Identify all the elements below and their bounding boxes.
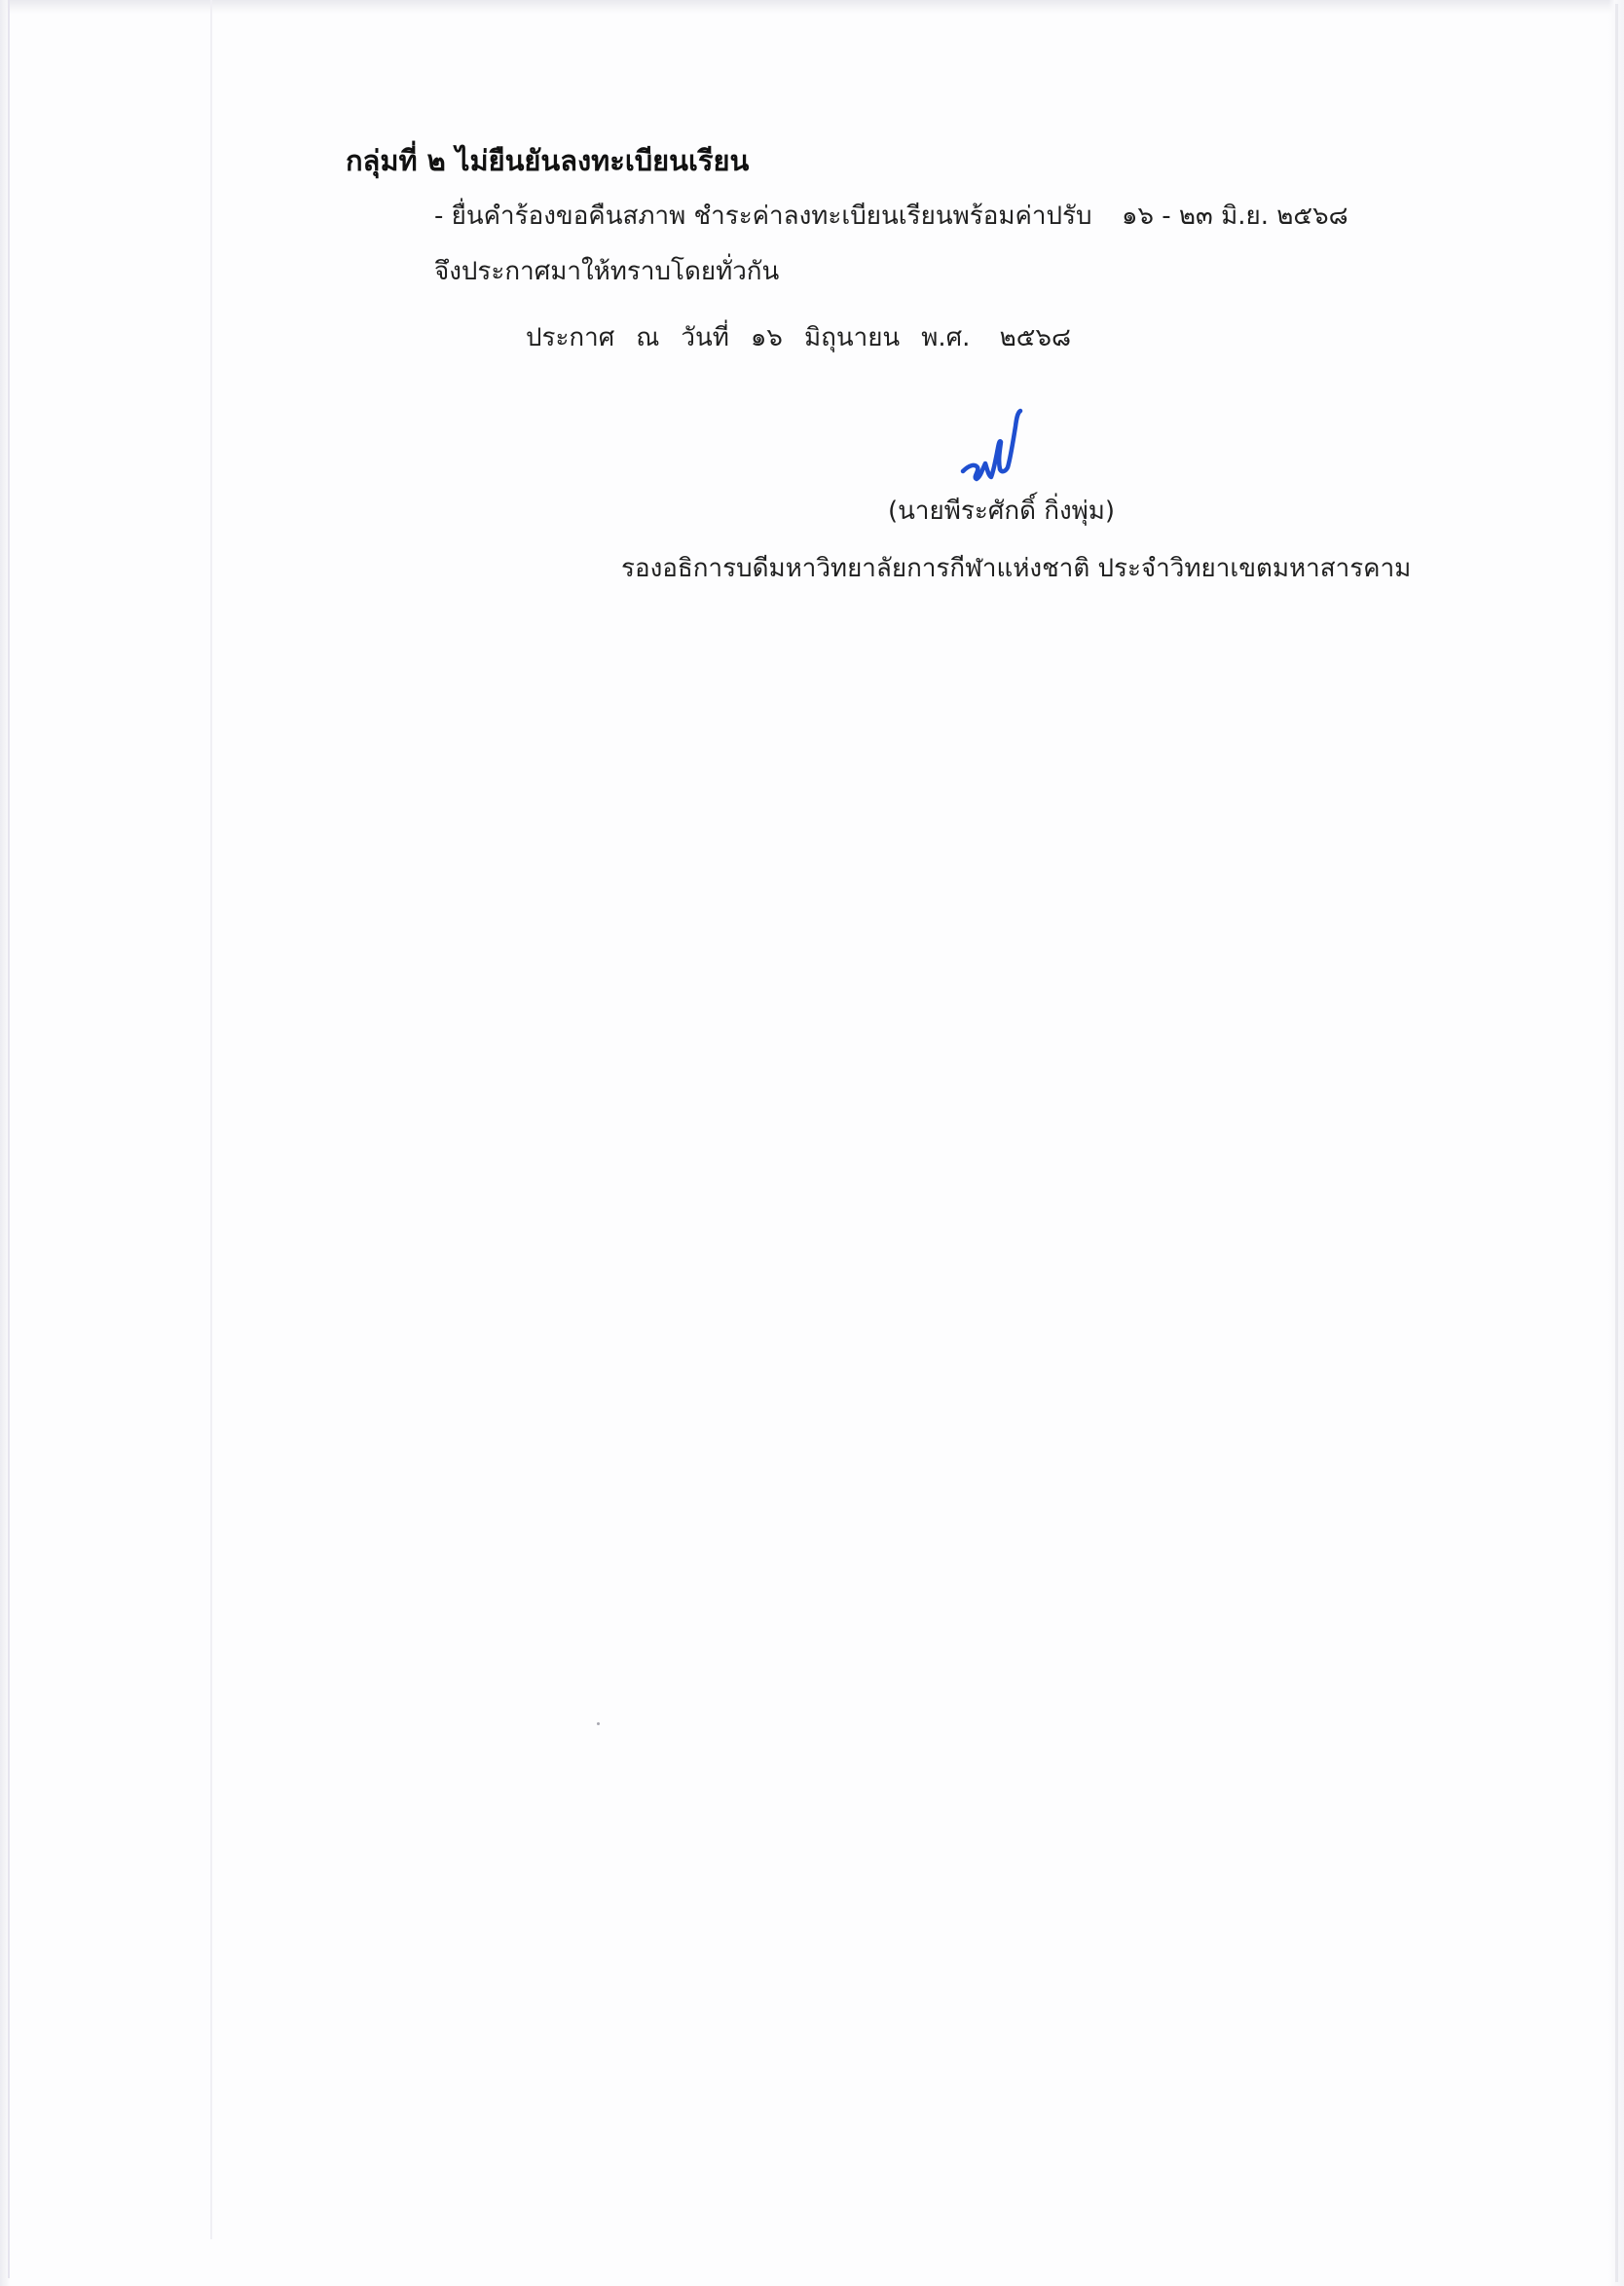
announcement-month: มิถุนายน xyxy=(804,323,900,352)
scan-top-shadow xyxy=(0,0,1624,14)
item-date-range: ๑๖ - ๒๓ มิ.ย. ๒๕๖๘ xyxy=(1122,200,1348,233)
announcement-day-label: วันที่ xyxy=(681,323,729,352)
announcement-label: ประกาศ xyxy=(526,323,614,352)
signer-title: รองอธิการบดีมหาวิทยาลัยการกีฬาแห่งชาติ ป… xyxy=(621,552,1411,585)
scan-crease-line xyxy=(210,0,212,2239)
announcement-year: พ.ศ. ๒๕๖๘ xyxy=(921,323,1071,352)
closing-statement: จึงประกาศมาให้ทราบโดยทั่วกัน xyxy=(434,255,779,288)
announcement-date-line: ประกาศณวันที่๑๖มิถุนายนพ.ศ. ๒๕๖๘ xyxy=(526,321,1071,354)
group-heading: กลุ่มที่ ๒ ไม่ยืนยันลงทะเบียนเรียน xyxy=(346,144,749,177)
announcement-year-value: ๒๕๖๘ xyxy=(1000,323,1071,352)
signature-image xyxy=(959,399,1037,487)
announcement-day: ๑๖ xyxy=(751,323,783,352)
signature-stroke xyxy=(963,411,1020,479)
scan-left-border xyxy=(8,0,10,2278)
scan-speck xyxy=(597,1722,600,1725)
signer-name: (นายพีระศักดิ์ กิ่งพุ่ม) xyxy=(888,495,1115,528)
announcement-year-label: พ.ศ. xyxy=(921,323,970,352)
scan-right-border xyxy=(1615,4,1618,2282)
item-description: - ยื่นคำร้องขอคืนสภาพ ชำระค่าลงทะเบียนเร… xyxy=(434,200,1091,233)
announcement-at: ณ xyxy=(636,323,659,352)
